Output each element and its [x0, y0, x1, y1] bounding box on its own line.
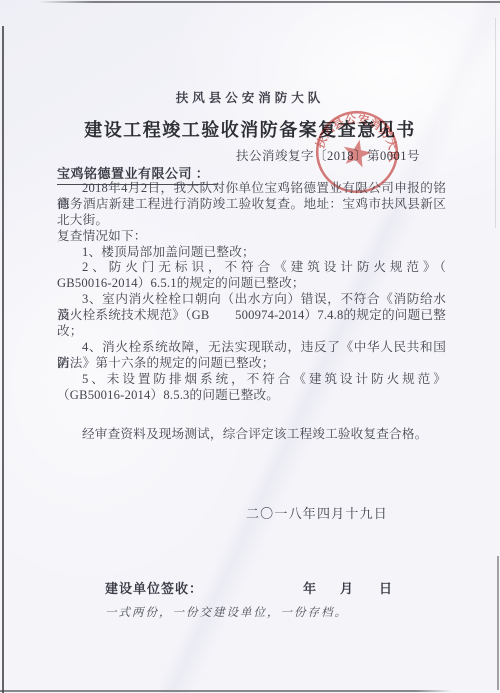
- month-label: 月: [340, 578, 353, 597]
- body-text: 2018年4月2日，我大队对你单位宝鸡铭德置业有限公司申报的铭德商务酒店新建工程…: [57, 181, 446, 443]
- body-line: 商务酒店新建工程进行消防竣工验收复查。地址：宝鸡市扶风县新区: [57, 197, 446, 213]
- sign-receipt-label: 建设单位签收：: [105, 578, 203, 597]
- body-line: 复查情况如下：: [57, 229, 446, 245]
- year-label: 年: [303, 578, 316, 597]
- signature-row: 建设单位签收： 年 月 日: [0, 578, 500, 596]
- body-line: 改；: [57, 324, 446, 340]
- body-line: 经审查资料及现场测试，综合评定该工程竣工验收复查合格。: [57, 427, 446, 443]
- body-line: 5、未设置防排烟系统，不符合《建筑设计防火规范》: [57, 372, 446, 388]
- body-line: 4、消火栓系统故障，无法实现联动，违反了《中华人民共和国消: [57, 340, 446, 356]
- body-line: （GB50016-2014）8.5.3的问题已整改。: [57, 388, 446, 404]
- scan-edge-right: [497, 556, 499, 690]
- distribution-note: 一式两份，一份交建设单位，一份存档。: [105, 604, 348, 620]
- body-line: 消火栓系统技术规范》（GB 500974-2014）7.4.8的规定的问题已整: [57, 308, 446, 324]
- body-line: 1、楼顶局部加盖问题已整改；: [57, 245, 446, 261]
- body-line: [57, 403, 446, 419]
- day-label: 日: [379, 578, 392, 597]
- body-line: 2018年4月2日，我大队对你单位宝鸡铭德置业有限公司申报的铭德: [57, 181, 446, 197]
- scan-edge-top: [38, 1, 500, 3]
- issuing-department: 扶风县公安消防大队: [0, 88, 500, 106]
- scanned-document-page: 扶风县公安消防大队 建设工程竣工验收消防备案复查意见书 扶公消竣复字〔2018〕…: [0, 0, 500, 693]
- issue-date: 二〇一八年四月十九日: [246, 503, 388, 522]
- body-line: GB50016-2014）6.5.1的规定的问题已整改；: [57, 276, 446, 292]
- scan-edge-bottom: [0, 690, 452, 692]
- document-title: 建设工程竣工验收消防备案复查意见书: [0, 116, 500, 142]
- body-line: 防法》第十六条的规定的问题已整改；: [57, 356, 446, 372]
- body-line: 3、室内消火栓栓口朝向（出水方向）错误，不符合《消防给水及: [57, 292, 446, 308]
- body-line: 2、防火门无标识，不符合《建筑设计防火规范》（: [57, 260, 446, 276]
- body-line: 北大街。: [57, 213, 446, 229]
- seal-star-icon: [340, 137, 373, 169]
